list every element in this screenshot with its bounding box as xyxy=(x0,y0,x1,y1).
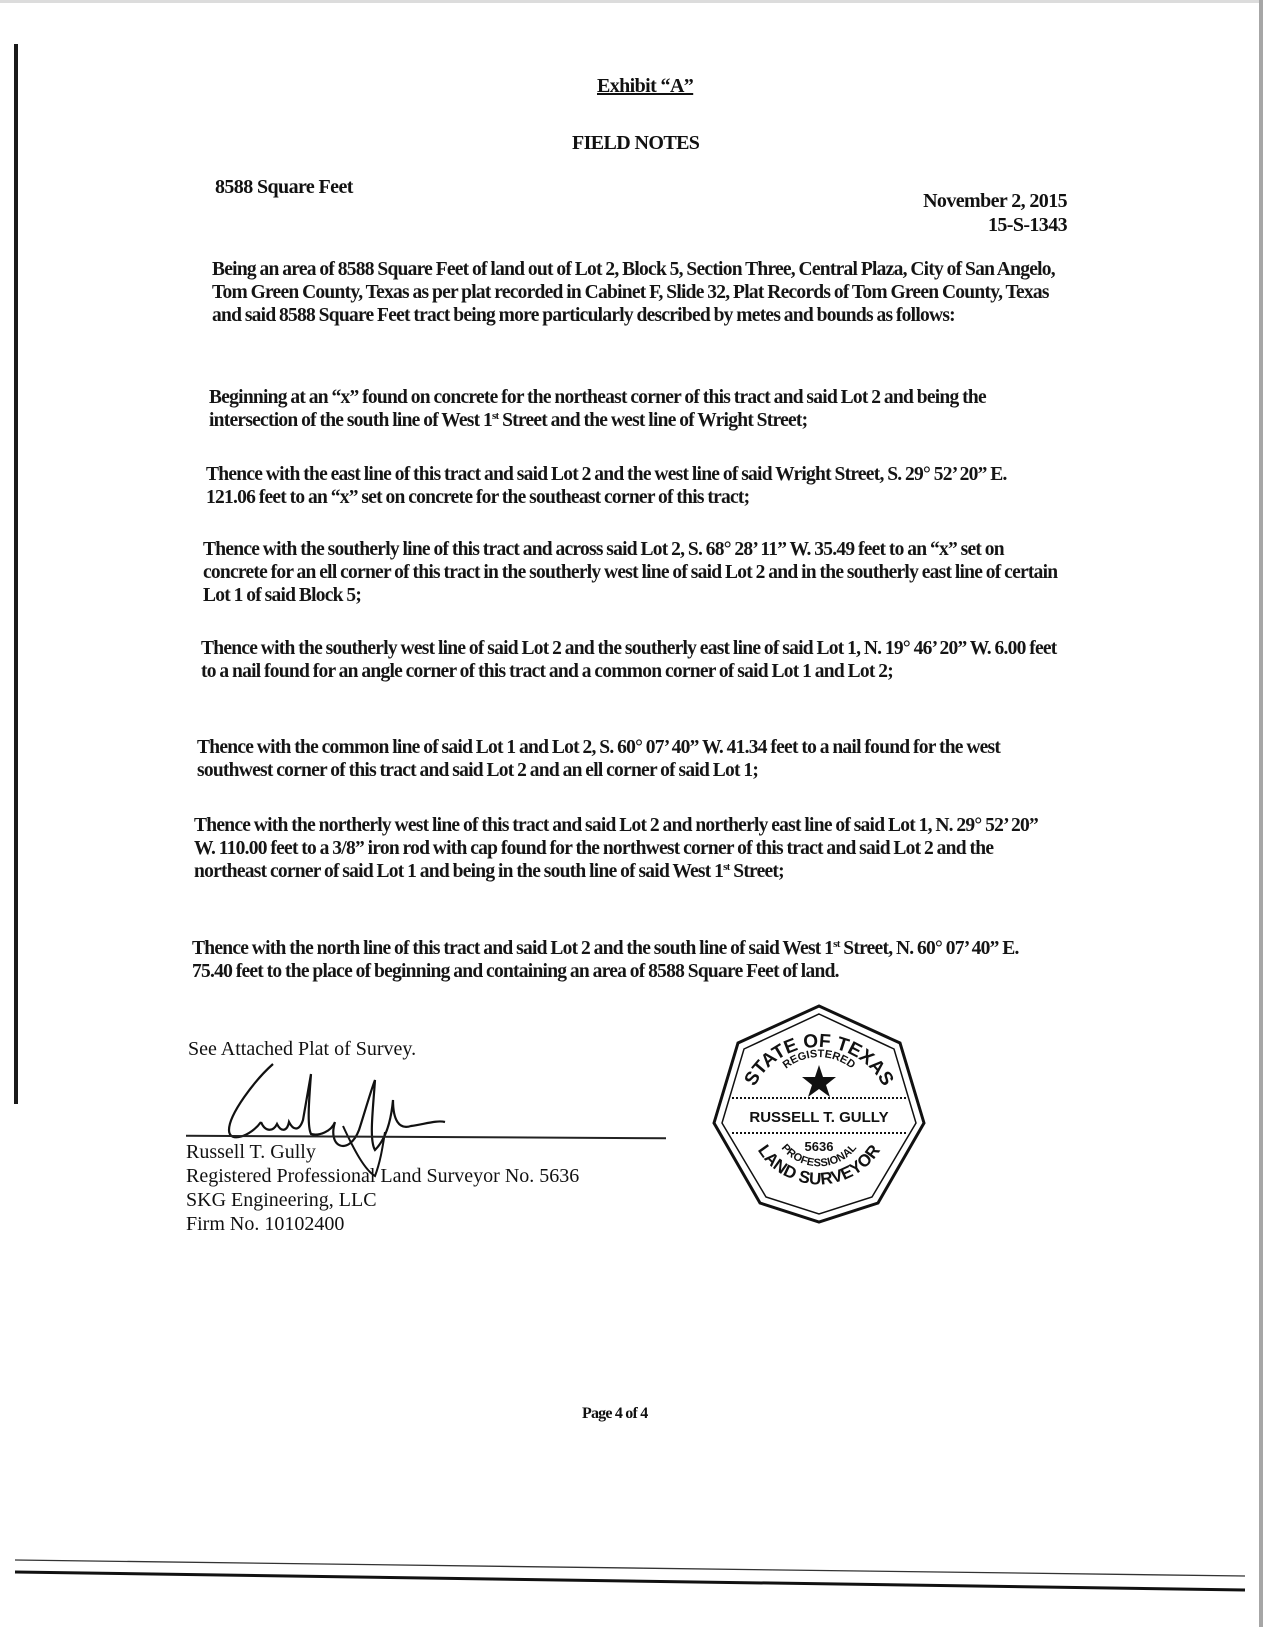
course-paragraph: Thence with the east line of this tract … xyxy=(206,463,1056,509)
company-name: SKG Engineering, LLC xyxy=(186,1188,579,1212)
text: Street; xyxy=(730,861,784,882)
scrollbar[interactable] xyxy=(1259,0,1263,1627)
course-paragraph: Thence with the southerly line of this t… xyxy=(203,538,1063,607)
text: Street and the west line of Wright Stree… xyxy=(498,410,807,431)
surveyor-seal-icon: STATE OF TEXAS REGISTERED RUSSELL T. GUL… xyxy=(710,1003,928,1225)
signature-block: Russell T. Gully Registered Professional… xyxy=(186,1140,579,1236)
surveyor-title: Registered Professional Land Surveyor No… xyxy=(186,1164,579,1188)
see-attached-note: See Attached Plat of Survey. xyxy=(188,1038,416,1061)
scan-edge-bar xyxy=(14,44,18,1104)
beginning-paragraph: Beginning at an “x” found on concrete fo… xyxy=(209,386,1059,432)
document-heading: FIELD NOTES xyxy=(572,132,699,155)
page-number: Page 4 of 4 xyxy=(582,1405,647,1423)
svg-text:RUSSELL T. GULLY: RUSSELL T. GULLY xyxy=(749,1109,888,1126)
intro-paragraph: Being an area of 8588 Square Feet of lan… xyxy=(212,258,1062,327)
course-paragraph: Thence with the common line of said Lot … xyxy=(197,736,1057,782)
firm-number: Firm No. 10102400 xyxy=(186,1212,579,1236)
text: Thence with the northerly west line of t… xyxy=(194,815,1038,882)
surveyor-name: Russell T. Gully xyxy=(186,1140,579,1164)
job-number: 15-S-1343 xyxy=(923,213,1067,237)
course-paragraph: Thence with the northerly west line of t… xyxy=(194,814,1054,883)
course-paragraph: Thence with the southerly west line of s… xyxy=(201,637,1061,683)
page-top-edge xyxy=(0,0,1263,3)
area-label: 8588 Square Feet xyxy=(215,176,353,199)
svg-text:5636: 5636 xyxy=(805,1139,834,1154)
scan-bottom-lines xyxy=(0,1540,1263,1600)
closing-paragraph: Thence with the north line of this tract… xyxy=(192,937,1052,983)
document-date: November 2, 2015 xyxy=(923,189,1067,213)
date-block: November 2, 2015 15-S-1343 xyxy=(923,189,1067,237)
exhibit-label: Exhibit “A” xyxy=(597,75,693,98)
text: Thence with the north line of this tract… xyxy=(192,938,833,959)
